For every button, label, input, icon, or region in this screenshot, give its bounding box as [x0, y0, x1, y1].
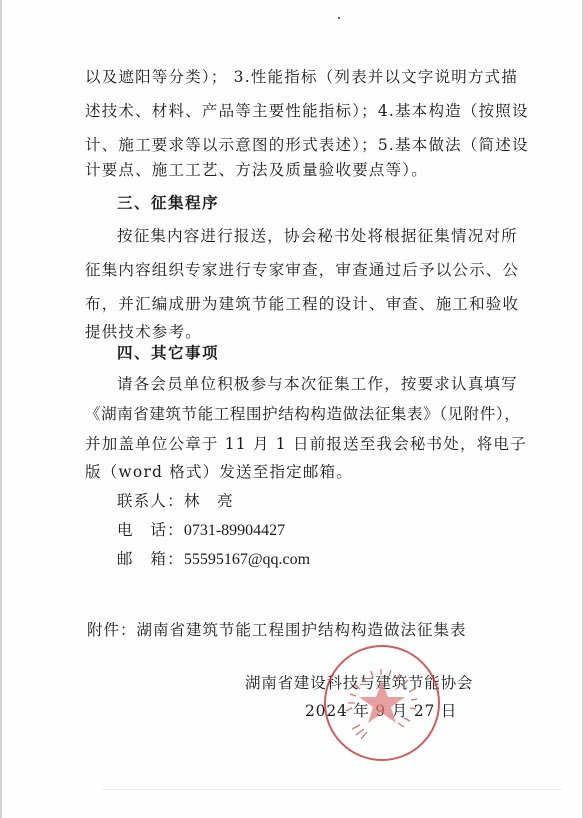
- official-seal-stamp: [324, 645, 440, 761]
- paragraph-line: 计、施工要求等以示意图的形式表述）；5.基本做法（简述设: [85, 135, 529, 155]
- paragraph-line: 计要点、施工工艺、方法及质量验收要点等）。: [85, 160, 428, 180]
- paragraph-line: 版（word 格式）发送至指定邮箱。: [85, 462, 353, 482]
- document-page: 以及遮阳等分类）； 3.性能指标（列表并以文字说明方式描 述技术、材料、产品等主…: [0, 0, 584, 818]
- section-heading-other: 四、其它事项: [117, 343, 219, 363]
- contact-person-label: 联系人：: [117, 492, 184, 510]
- section-heading-procedure: 三、征集程序: [117, 193, 219, 213]
- contact-email-row: 邮 箱：55595167@qq.com: [117, 549, 310, 570]
- scan-speck: [338, 17, 340, 19]
- paragraph-line: 布，并汇编成册为建筑节能工程的设计、审查、施工和验收: [85, 294, 519, 314]
- contact-person-row: 联系人：林 亮: [117, 491, 234, 511]
- paragraph-line: 提供技术参考。: [85, 322, 202, 342]
- contact-phone-label: 电 话：: [117, 521, 184, 539]
- attachment-row: 附件：湖南省建筑节能工程围护结构构造做法征集表: [87, 620, 467, 640]
- paragraph-line: 请各会员单位积极参与本次征集工作，按要求认真填写: [117, 374, 518, 394]
- paragraph-line: 并加盖单位公章于 11 月 1 日前报送至我会秘书处，将电子: [85, 434, 527, 454]
- paragraph-line: 按征集内容进行报送，协会秘书处将根据征集情况对所: [117, 226, 518, 246]
- paragraph-line: 述技术、材料、产品等主要性能指标）；4.基本构造（按照设: [85, 101, 529, 121]
- contact-email-value[interactable]: 55595167@qq.com: [184, 551, 310, 568]
- attachment-label: 附件：: [87, 621, 137, 639]
- page-fold-line: [102, 789, 562, 790]
- seal-star-icon: [326, 647, 438, 759]
- contact-email-label: 邮 箱：: [117, 550, 184, 568]
- paragraph-line: 以及遮阳等分类）； 3.性能指标（列表并以文字说明方式描: [85, 67, 518, 87]
- paragraph-line: 征集内容组织专家进行专家审查，审查通过后予以公示、公: [85, 260, 519, 280]
- attachment-title: 湖南省建筑节能工程围护结构构造做法征集表: [137, 621, 467, 639]
- contact-person-value: 林 亮: [184, 492, 234, 510]
- contact-phone-value: 0731-89904427: [184, 522, 285, 539]
- contact-phone-row: 电 话：0731-89904427: [117, 520, 285, 541]
- paragraph-line: 《湖南省建筑节能工程围护结构构造做法征集表》（见附件），: [85, 404, 520, 424]
